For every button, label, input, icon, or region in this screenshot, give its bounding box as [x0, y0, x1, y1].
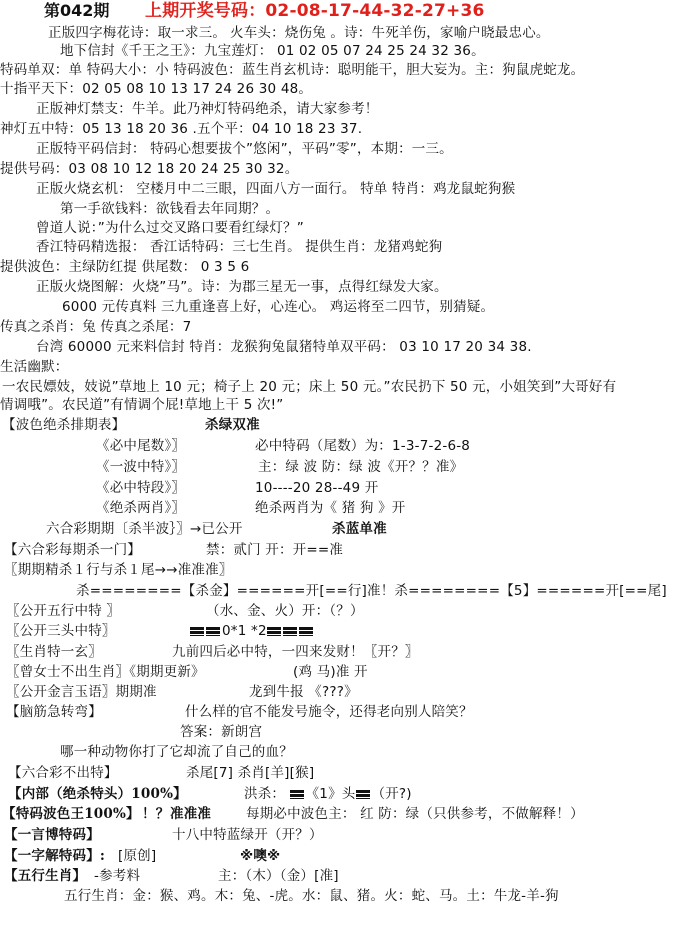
last-draw-label: 上期开奖号码：	[145, 1, 265, 21]
bar-decoration-icon	[190, 622, 222, 640]
plum-poem: 正版四字梅花诗：取一求三。	[48, 24, 226, 42]
kill-detail: 杀========【杀金】======开[==行]准！杀========【5】=…	[76, 582, 667, 600]
wuxing-value: 主：（木）（金）[准]	[218, 867, 339, 885]
half-wave-label: 六合彩期期〔杀半波｝〗→已公开	[46, 520, 243, 538]
no-special-label: 【六合彩不出特】	[8, 764, 118, 782]
lamp-ban: 正版神灯禁支：牛羊。此乃神灯特码绝杀，请大家参考！	[36, 100, 379, 118]
one-word-label: 【一言博特码】	[4, 826, 100, 844]
internal-pre: 洪杀：	[244, 786, 285, 802]
bar-decoration-icon	[267, 622, 315, 640]
zodiac-one-label: 〖生肖特一玄〗	[6, 643, 102, 661]
wave-king-label: 【特码波色王100%】	[2, 805, 140, 823]
wave-kill-label: 【波色绝杀排期表】	[2, 416, 125, 434]
three-heads-numbers: 0*1 *2	[222, 623, 267, 639]
train-head: 火车头：烧伤兔 。诗：牛死羊伤，家喻户晓最忠心。	[230, 24, 550, 42]
bar-decoration-icon	[356, 785, 372, 803]
internal-post: （开?)	[372, 786, 412, 802]
one-wave-value: 主：绿 波 防：绿 波《开？？准》	[258, 458, 463, 476]
lamp-five: 神灯五中特：05 13 18 20 36 .五个平：04 10 18 23 37…	[0, 120, 362, 138]
no-special-value: 杀尾[7] 杀肖[羊][猴]	[186, 764, 314, 782]
xiangjiang-report: 香江特码精选报： 香江话特码：三七生肖。 提供生肖：龙猪鸡蛇狗	[36, 238, 442, 256]
provided-wave: 提供波色：主绿防红提 供尾数： 0 3 5 6	[0, 258, 249, 276]
wave-king-mark: ！？	[142, 805, 169, 823]
one-door-label: 【六合彩每期杀一门】	[4, 541, 141, 559]
wave-king-tag: 准准准	[170, 805, 211, 823]
last-draw-numbers: 02-08-17-44-32-27+36	[265, 1, 484, 21]
internal-label: 【内部（绝杀特头）100%】	[8, 785, 187, 803]
fax-6000: 6000 元传真料 三九重逢喜上好，心连心。 鸡运将至二四节，别猜疑。	[62, 298, 494, 316]
wuxing-label: 【五行生肖】	[4, 867, 86, 885]
bar-decoration-icon	[290, 785, 306, 803]
underground-envelope: 地下信封《千王之王》：九宝莲灯： 01 02 05 07 24 25 24 32…	[60, 42, 485, 60]
kill-two-label: 《绝杀两肖》〗	[96, 499, 185, 517]
wave-king-value: 每期必中波色主： 红 防：绿（只供参考，不做解释！）	[246, 805, 584, 823]
issue-number: 第042期	[44, 2, 109, 20]
five-elements-value: （水、金、火）开：（？）	[206, 602, 364, 620]
three-heads-value: 0*1 *2	[190, 622, 315, 640]
wuxing-sub: -参考料	[94, 867, 140, 885]
internal-mid: 《1》头	[306, 786, 356, 802]
special-attributes: 特码单双：单 特码大小：小 特码波色：蓝生肖玄机诗：聪明能干，胆大妄为。主：狗鼠…	[0, 61, 584, 79]
zodiac-one-value: 九前四后必中特，一四来发财！〖开？〗	[172, 643, 419, 661]
ten-fingers: 十指平天下：02 05 08 10 13 17 24 26 30 48。	[0, 80, 312, 98]
tail-label: 《必中尾数》〗	[96, 437, 185, 455]
one-char-label: 【一字解特码】:	[4, 847, 105, 865]
one-word-value: 十八中特蓝绿开（开？）	[172, 826, 323, 844]
humor-line-2: 情调哦”。农民道”有情调个屁!草地上干 5 次!”	[0, 396, 283, 414]
golden-words-value: 龙到牛报 《???》	[249, 683, 358, 701]
fire-diagram: 正版火烧图解：火烧”马”。诗：为郡三星无一事，点得红绿发大家。	[36, 278, 448, 296]
half-wave-value: 杀蓝单准	[332, 520, 387, 538]
segment-value: 10----20 28--49 开	[255, 479, 378, 497]
riddle-question: 什么样的官不能发号施令，还得老向别人陪笑？	[185, 703, 473, 721]
riddle-label: 【脑筋急转弯】	[6, 703, 102, 721]
segment-label: 《必中特段》〗	[96, 479, 185, 497]
fire-mystery: 正版火烧玄机： 空楼月中二三眼，四面八方一面行。 特单 特肖：鸡龙鼠蛇狗猴	[36, 180, 515, 198]
humor-line-1: 一农民嫖妓，妓说”草地上 10 元；椅子上 20 元；床上 50 元。”农民扔下…	[2, 378, 616, 396]
wave-kill-value: 杀绿双准	[205, 416, 260, 434]
riddle-question-2: 哪一种动物你打了它却流了自己的血？	[60, 743, 293, 761]
ms-zeng-value: (鸡 马)准 开	[293, 663, 368, 681]
taiwan-envelope: 台湾 60000 元来料信封 特肖：龙猴狗兔鼠猪特单双平码： 03 10 17 …	[36, 338, 532, 356]
one-door-value: 禁：贰门 开：开==准	[206, 541, 343, 559]
zeng-daoren: 曾道人说：”为什么过交叉路口要看红绿灯？”	[36, 219, 304, 237]
five-elements-label: 〖公开五行中特 〗	[6, 602, 120, 620]
ms-zeng-label: 〖曾女士不出生肖〗《期期更新》	[6, 663, 205, 681]
one-char-value: ※噢※	[240, 847, 280, 865]
fax-kill: 传真之杀肖：兔 传真之杀尾：7	[0, 318, 191, 336]
humor-label: 生活幽默：	[0, 358, 69, 376]
one-wave-label: 《一波中特》〗	[96, 458, 185, 476]
one-char-sub: [原创]	[118, 847, 156, 865]
provided-numbers: 提供号码：03 08 10 12 18 20 24 25 30 32。	[0, 160, 298, 178]
three-heads-label: 〖公开三头中特〗	[6, 622, 116, 640]
tail-value: 必中特码（尾数）为：1-3-7-2-6-8	[255, 437, 470, 455]
kill-row-label: 〖期期精杀１行与杀１尾→→准准准〗	[4, 561, 233, 579]
first-hand: 第一手欲钱料：欲钱看去年同期？。	[60, 200, 279, 218]
golden-words-label: 〖公开金言玉语〗期期准	[6, 683, 157, 701]
wuxing-detail: 五行生肖：金：猴、鸡。木：兔、-虎。水：鼠、猪。火：蛇、马。土：牛龙-羊-狗	[64, 887, 559, 905]
last-draw-result: 上期开奖号码：02-08-17-44-32-27+36	[145, 2, 485, 20]
kill-two-value: 绝杀两肖为《 猪 狗 》开	[255, 499, 405, 517]
flat-code-envelope: 正版特平码信封： 特码心想要拔个”悠闲”，平码”零”，本期：一三。	[36, 140, 453, 158]
internal-value: 洪杀： 《1》头（开?)	[244, 785, 412, 803]
riddle-answer: 答案：新朗宫	[180, 723, 262, 741]
